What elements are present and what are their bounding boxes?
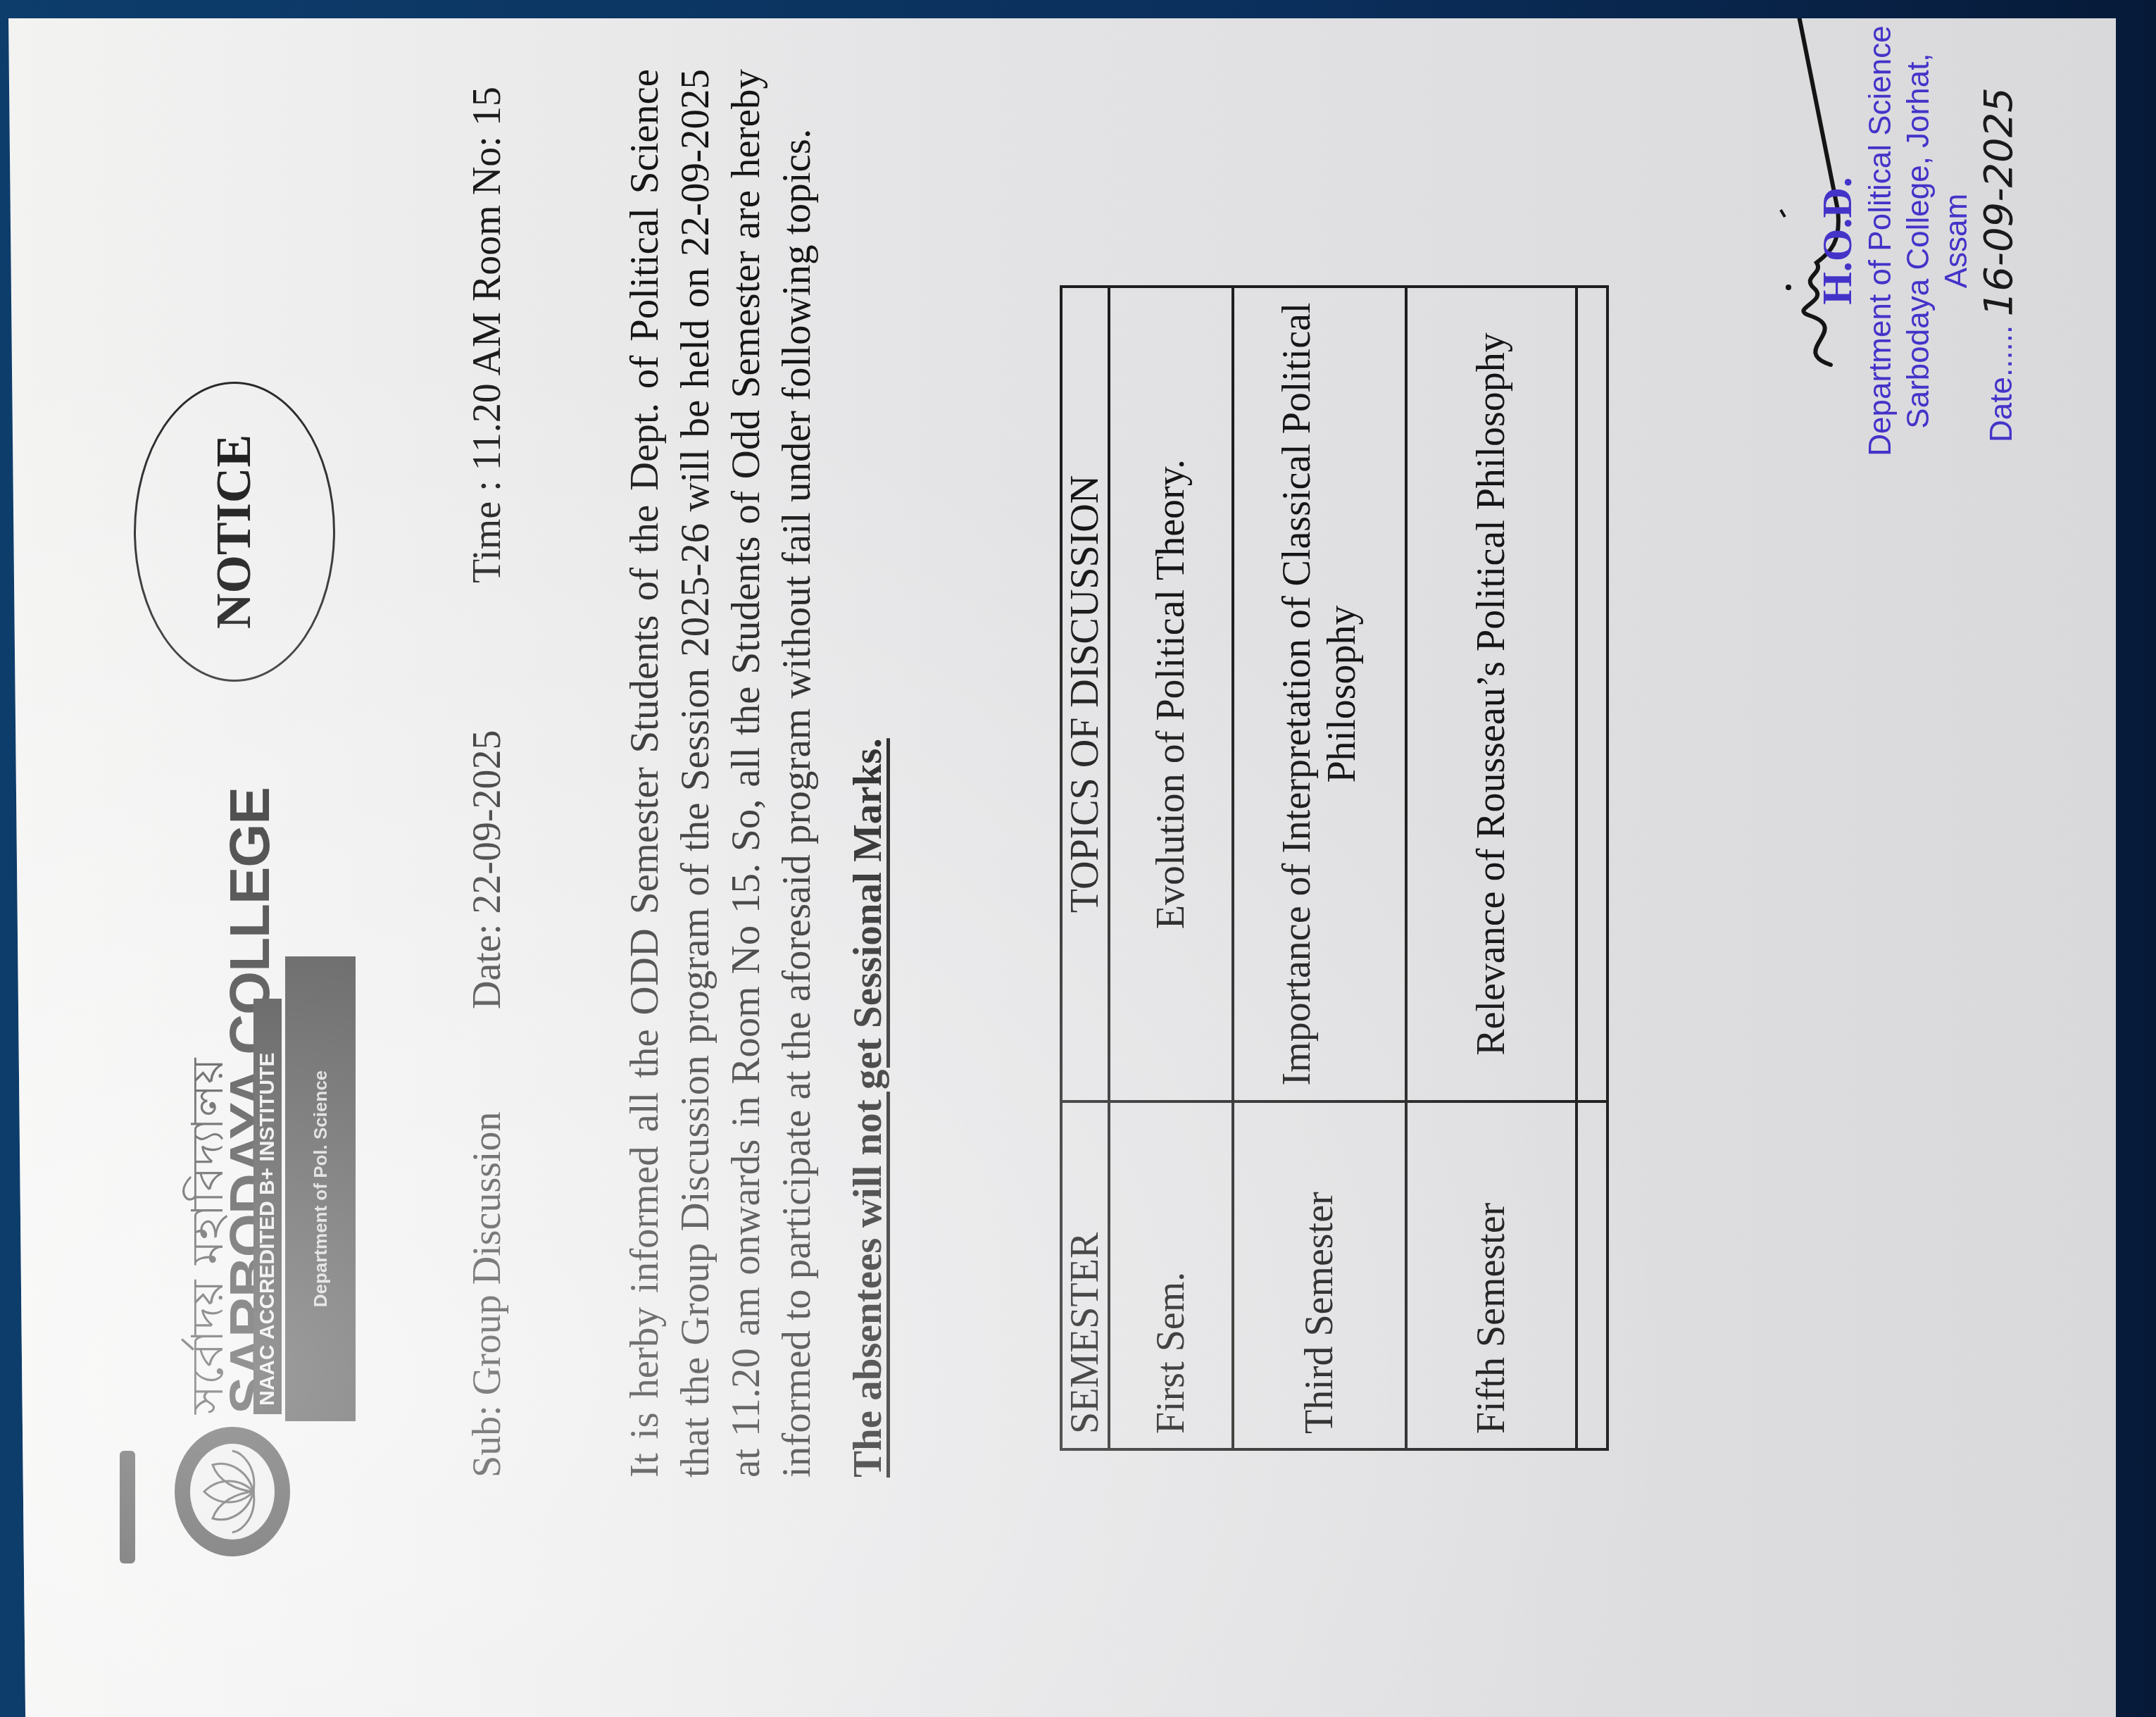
college-logo-icon [169, 1421, 296, 1562]
topic-cell: Evolution of Political Theory. [1109, 287, 1233, 1101]
table-row: Third Semester Importance of Interpretat… [1233, 287, 1406, 1449]
time-line: Time : 11.20 AM [465, 312, 510, 583]
document-rotated: সৰ্বোদয় মহাবিদ্যালয় SARBODAYA COLLEGE … [0, 0, 2156, 1717]
absentee-warning: The absentees will not get Sessional Mar… [845, 738, 891, 1478]
table-row: First Sem. Evolution of Political Theory… [1109, 287, 1233, 1449]
stamp-date-row: Date...... 16-09-2025 [1976, 18, 2022, 463]
semester-cell [1577, 1101, 1607, 1449]
accreditation-label: NAAC ACCREDITED B+ INSTITUTE [253, 999, 282, 1414]
topic-cell: Importance of Interpretation of Classica… [1233, 287, 1406, 1101]
stamp-title: H.O.D. [1813, 18, 1862, 463]
topic-cell [1577, 287, 1607, 1101]
subject-line: Sub: Group Discussion [465, 1111, 510, 1478]
semester-cell: Third Semester [1233, 1101, 1406, 1449]
hod-stamp: H.O.D. Department of Political Science S… [1813, 18, 2022, 463]
topic-cell: Relevance of Rousseau’s Political Philos… [1406, 287, 1577, 1101]
stamp-department: Department of Political Science [1862, 18, 1900, 463]
semester-cell: Fifth Semester [1406, 1101, 1577, 1449]
stamp-date-label: Date...... [1984, 325, 2019, 442]
department-banner: Department of Pol. Science [285, 956, 356, 1421]
naac-badge [120, 1451, 135, 1563]
stamp-date-handwritten: 16-09-2025 [1976, 87, 2022, 316]
date-line: Date: 22-09-2025 [465, 730, 510, 1009]
notice-paragraph: It is herby informed all the ODD Semeste… [620, 69, 822, 1478]
semester-cell: First Sem. [1109, 1101, 1233, 1449]
notice-page: সৰ্বোদয় মহাবিদ্যালয় SARBODAYA COLLEGE … [0, 18, 2116, 1717]
table-row [1577, 287, 1607, 1449]
table-row: Fifth Semester Relevance of Rousseau’s P… [1406, 287, 1577, 1449]
stamp-college: Sarbodaya College, Jorhat, Assam [1900, 18, 1976, 463]
notice-oval: NOTICE [134, 382, 335, 682]
table-header-row: SEMESTER TOPICS OF DISCUSSION [1061, 287, 1109, 1449]
header-semester: SEMESTER [1061, 1101, 1109, 1449]
room-line: Room No: 15 [465, 87, 510, 301]
topics-table: SEMESTER TOPICS OF DISCUSSION First Sem.… [1060, 285, 1609, 1451]
notice-title: NOTICE [206, 435, 263, 629]
header-topics: TOPICS OF DISCUSSION [1061, 287, 1109, 1101]
